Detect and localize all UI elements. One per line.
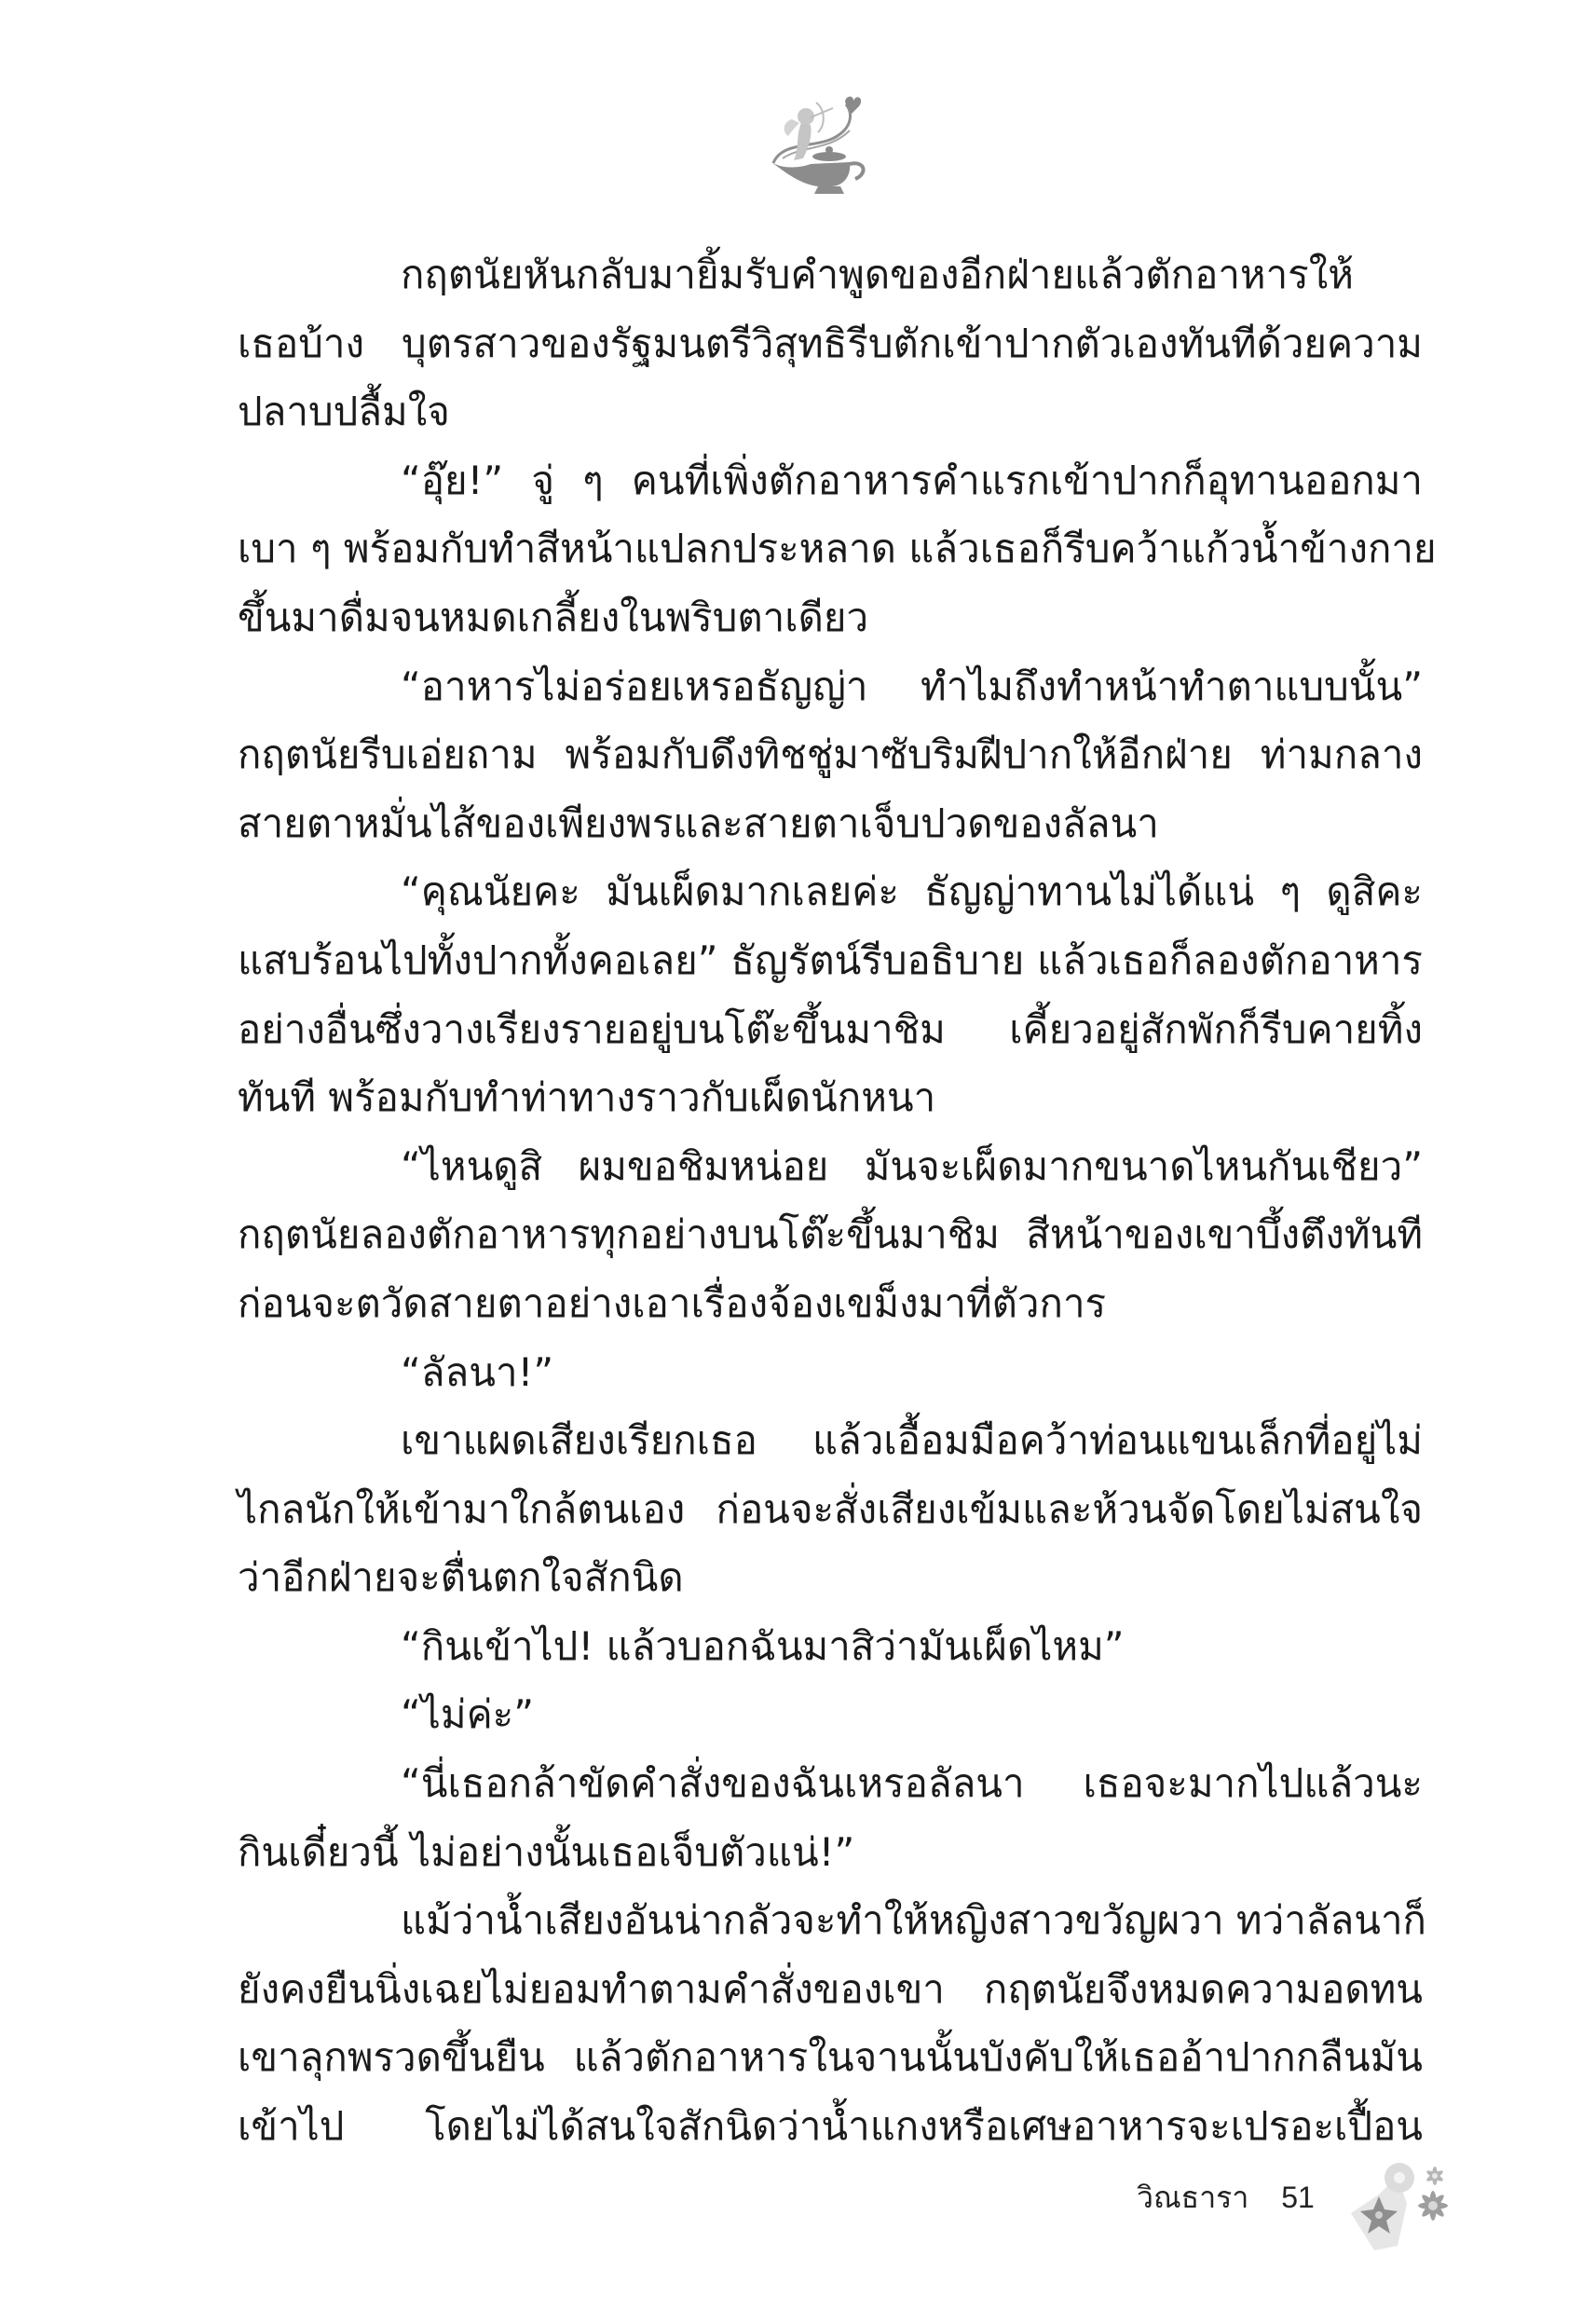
text-line: “นี่เธอกล้าขัดคำสั่งของฉันเหรอลัลนา เธอจ…	[238, 1749, 1423, 1818]
text-line: เขาลุกพรวดขึ้นยืน แล้วตักอาหารในจานนั้นบ…	[238, 2023, 1423, 2092]
text-line: ไกลนักให้เข้ามาใกล้ตนเอง ก่อนจะสั่งเสียง…	[238, 1475, 1423, 1544]
text-line: “คุณนัยคะ มันเผ็ดมากเลยค่ะ ธัญญ่าทานไม่ไ…	[238, 857, 1423, 926]
text-line: “ไหนดูสิ ผมขอชิมหน่อย มันจะเผ็ดมากขนาดไห…	[238, 1132, 1423, 1201]
body-text: กฤตนัยหันกลับมายิ้มรับคำพูดของอีกฝ่ายแล้…	[238, 240, 1423, 2161]
text-line: ว่าอีกฝ่ายจะตื่นตกใจสักนิด	[238, 1543, 1423, 1612]
text-line: เธอบ้าง บุตรสาวของรัฐมนตรีวิสุทธิรีบตักเ…	[238, 309, 1423, 378]
text-line: กฤตนัยรีบเอ่ยถาม พร้อมกับดึงทิชชู่มาซับร…	[238, 720, 1423, 789]
text-line: อย่างอื่นซึ่งวางเรียงรายอยู่บนโต๊ะขึ้นมา…	[238, 995, 1423, 1064]
text-line: เบา ๆ พร้อมกับทำสีหน้าแปลกประหลาด แล้วเธ…	[238, 514, 1423, 583]
text-line: “กินเข้าไป! แล้วบอกฉันมาสิว่ามันเผ็ดไหม”	[238, 1612, 1423, 1681]
text-line: ยังคงยืนนิ่งเฉยไม่ยอมทำตามคำสั่งของเขา ก…	[238, 1955, 1423, 2024]
text-line: เขาแผดเสียงเรียกเธอ แล้วเอื้อมมือคว้าท่อ…	[238, 1406, 1423, 1475]
text-line: ปลาบปลื้มใจ	[238, 377, 1423, 446]
text-line: ขึ้นมาดื่มจนหมดเกลี้ยงในพริบตาเดียว	[238, 583, 1423, 652]
page-number: 51	[1281, 2181, 1315, 2214]
text-line: กฤตนัยหันกลับมายิ้มรับคำพูดของอีกฝ่ายแล้…	[238, 240, 1423, 309]
text-line: ก่อนจะตวัดสายตาอย่างเอาเรื่องจ้องเขม็งมา…	[238, 1269, 1423, 1338]
book-title: วิณธารา	[1137, 2180, 1248, 2215]
text-line: ทันที พร้อมกับทำท่าทางราวกับเผ็ดนักหนา	[238, 1063, 1423, 1132]
page-footer: วิณธารา 51	[1137, 2174, 1315, 2221]
text-line: “อุ๊ย!” จู่ ๆ คนที่เพิ่งตักอาหารคำแรกเข้…	[238, 446, 1423, 515]
text-line: สายตาหมั่นไส้ของเพียงพรและสายตาเจ็บปวดขอ…	[238, 789, 1423, 858]
text-line: กฤตนัยลองตักอาหารทุกอย่างบนโต๊ะขึ้นมาชิม…	[238, 1200, 1423, 1269]
text-line: “อาหารไม่อร่อยเหรอธัญญ่า ทำไมถึงทำหน้าทำ…	[238, 652, 1423, 721]
text-line: กินเดี๋ยวนี้ ไม่อย่างนั้นเธอเจ็บตัวแน่!”	[238, 1818, 1423, 1887]
text-line: “ไม่ค่ะ”	[238, 1680, 1423, 1749]
text-line: “ลัลนา!”	[238, 1338, 1423, 1407]
flowers-icon	[1342, 2157, 1463, 2260]
magic-lamp-cupid-icon	[764, 84, 876, 196]
text-line: แม้ว่าน้ำเสียงอันน่ากลัวจะทำให้หญิงสาวขว…	[238, 1886, 1423, 1955]
text-line: แสบร้อนไปทั้งปากทั้งคอเลย” ธัญรัตน์รีบอธ…	[238, 926, 1423, 995]
text-line: เข้าไป โดยไม่ได้สนใจสักนิดว่าน้ำแกงหรือเ…	[238, 2092, 1423, 2161]
